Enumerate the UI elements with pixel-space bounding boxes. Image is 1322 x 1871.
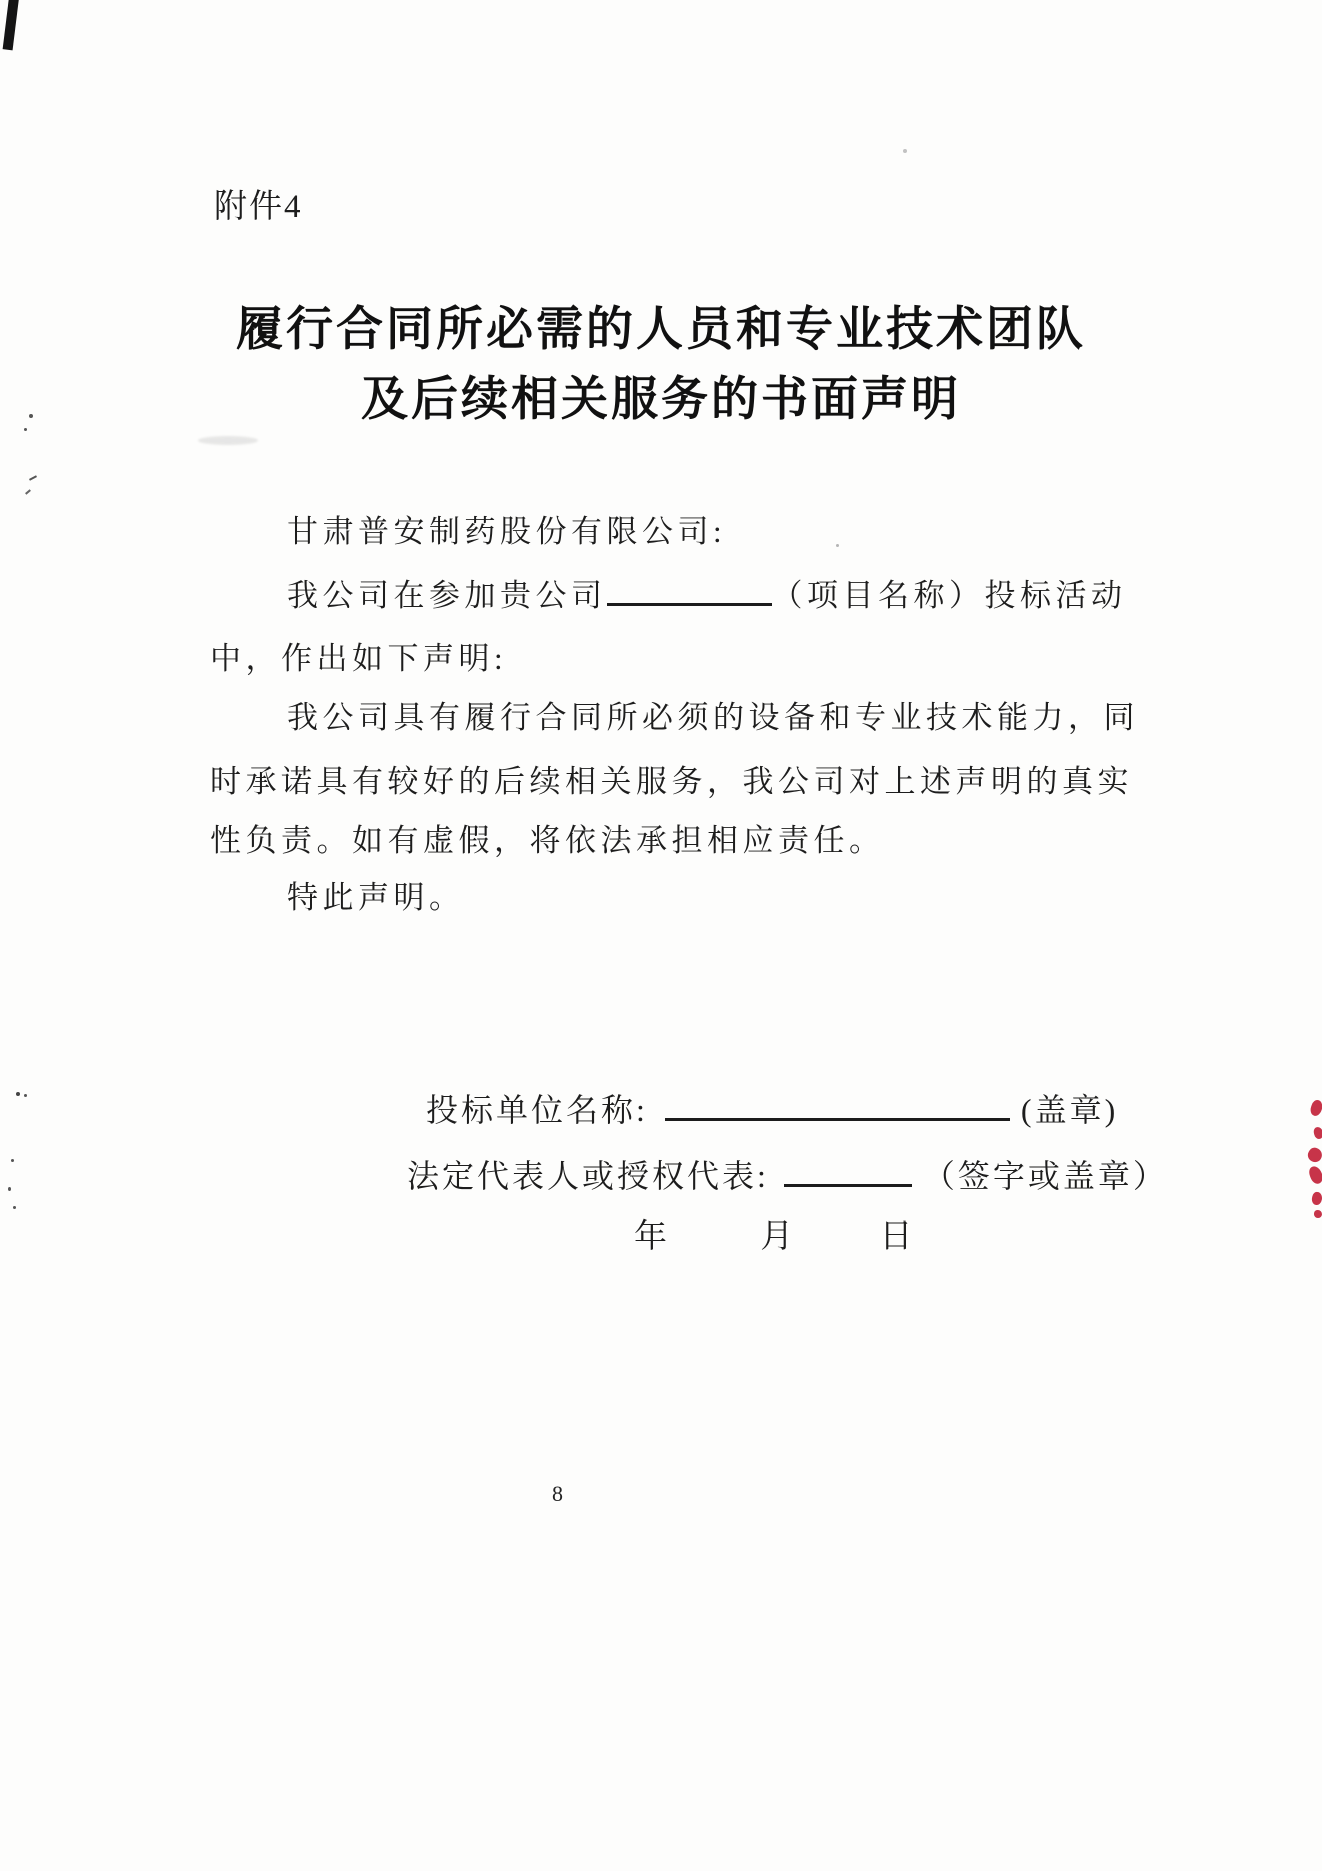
paragraph-2-line-1: 我公司具有履行合同所必须的设备和专业技术能力，同 <box>287 692 1139 737</box>
scan-speck <box>836 544 839 547</box>
scan-speck <box>8 1187 11 1191</box>
representative-blank <box>784 1182 912 1187</box>
scanned-document-page: 附件4 履行合同所必需的人员和专业技术团队 及后续相关服务的书面声明 甘肃普安制… <box>0 0 1322 1871</box>
red-stamp-fragment <box>1311 1191 1322 1206</box>
paragraph-1-lead: 我公司在参加贵公司 <box>287 578 607 613</box>
signature-company-line: 投标单位名称: (盖章) <box>426 1085 1118 1131</box>
scan-smudge <box>198 436 258 445</box>
representative-seal-note: （签字或盖章） <box>923 1158 1168 1194</box>
date-month-label: 月 <box>760 1210 796 1257</box>
scan-corner-mark <box>3 0 20 50</box>
scan-speck <box>16 1092 20 1096</box>
page-number: 8 <box>552 1481 563 1507</box>
scan-speck <box>24 1094 27 1097</box>
date-line: 年 月 日 <box>634 1210 916 1257</box>
closing-statement: 特此声明。 <box>287 872 465 917</box>
scan-speck <box>25 489 31 494</box>
red-stamp-fragment <box>1305 1145 1322 1164</box>
red-stamp-fragment <box>1309 1099 1322 1118</box>
company-seal-note: (盖章) <box>1021 1092 1118 1128</box>
scan-speck <box>13 1206 16 1209</box>
project-name-blank <box>607 601 772 606</box>
date-year-label: 年 <box>634 1210 670 1257</box>
attachment-label: 附件4 <box>214 180 303 227</box>
company-name-blank <box>665 1116 1010 1121</box>
scan-speck <box>11 1159 14 1162</box>
document-title-line1: 履行合同所必需的人员和专业技术团队 <box>0 292 1322 359</box>
date-day-label: 日 <box>880 1210 916 1257</box>
paragraph-1-tail: （项目名称）投标活动 <box>772 578 1127 613</box>
representative-label: 法定代表人或授权代表: <box>407 1158 769 1194</box>
signature-representative-line: 法定代表人或授权代表: （签字或盖章） <box>407 1151 1168 1197</box>
company-name-label: 投标单位名称: <box>426 1092 648 1128</box>
red-stamp-fragment <box>1314 1210 1322 1218</box>
scan-speck <box>29 475 37 481</box>
paragraph-1-line-2: 中，作出如下声明: <box>210 633 507 678</box>
paragraph-2-line-2: 时承诺具有较好的后续相关服务，我公司对上述声明的真实 <box>210 756 1133 801</box>
red-stamp-fragment <box>1313 1126 1322 1140</box>
salutation: 甘肃普安制药股份有限公司: <box>287 506 726 551</box>
scan-speck <box>903 149 907 153</box>
paragraph-2-line-3: 性负责。如有虚假，将依法承担相应责任。 <box>210 815 885 860</box>
paragraph-1-line-1: 我公司在参加贵公司（项目名称）投标活动 <box>287 570 1127 615</box>
document-title-line2: 及后续相关服务的书面声明 <box>0 362 1322 429</box>
red-stamp-fragment <box>1307 1164 1322 1185</box>
